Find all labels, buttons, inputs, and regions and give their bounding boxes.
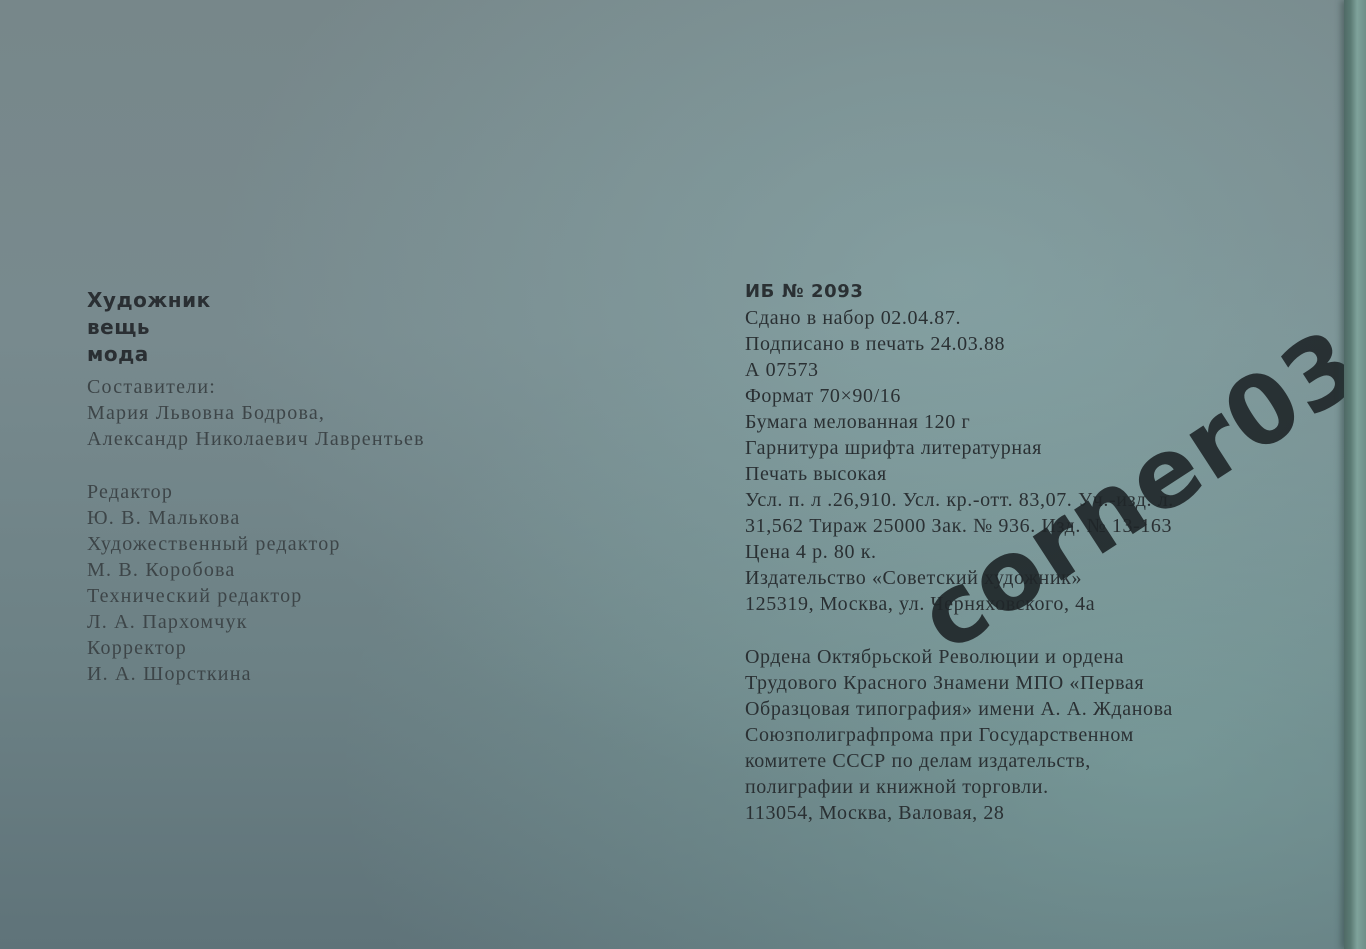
imprint-line: Бумага мелованная 120 г xyxy=(745,409,1345,435)
imprint-column: ИБ № 2093 Сдано в набор 02.04.87. Подпис… xyxy=(745,279,1345,826)
tech-editor-name: Л. А. Пархомчук xyxy=(87,609,527,635)
printer-line: полиграфии и книжной торговли. xyxy=(745,774,1345,800)
imprint-line: Формат 70×90/16 xyxy=(745,383,1345,409)
art-editor-name: М. В. Коробова xyxy=(87,557,527,583)
imprint-line: 125319, Москва, ул. Черняховского, 4а xyxy=(745,591,1345,617)
proofreader-name: И. А. Шорсткина xyxy=(87,661,527,687)
editor-label: Редактор xyxy=(87,479,527,505)
compiler-name: Александр Николаевич Лаврентьев xyxy=(87,426,527,452)
compiler-name: Мария Львовна Бодрова, xyxy=(87,400,527,426)
imprint-line: А 07573 xyxy=(745,357,1345,383)
printer-line: Ордена Октябрьской Революции и ордена xyxy=(745,644,1345,670)
imprint-line: Цена 4 р. 80 к. xyxy=(745,539,1345,565)
imprint-line: 31,562 Тираж 25000 Зак. № 936. Изд. № 13… xyxy=(745,513,1345,539)
editor-name: Ю. В. Малькова xyxy=(87,505,527,531)
art-editor-label: Художественный редактор xyxy=(87,531,527,557)
printer-line: комитете СССР по делам издательств, xyxy=(745,748,1345,774)
imprint-line: Издательство «Советский художник» xyxy=(745,565,1345,591)
book-title: Художник вещь мода xyxy=(87,287,527,368)
proofreader-label: Корректор xyxy=(87,635,527,661)
imprint-line: Гарнитура шрифта литературная xyxy=(745,435,1345,461)
book-page: Художник вещь мода Составители: Мария Ль… xyxy=(0,0,1366,949)
imprint-line: Печать высокая xyxy=(745,461,1345,487)
title-line: мода xyxy=(87,341,527,368)
printer-line: Образцовая типография» имени А. А. Ждано… xyxy=(745,696,1345,722)
book-credits-column: Художник вещь мода Составители: Мария Ль… xyxy=(87,287,527,687)
imprint-details: Сдано в набор 02.04.87. Подписано в печа… xyxy=(745,305,1345,617)
imprint-line: Сдано в набор 02.04.87. xyxy=(745,305,1345,331)
spacer xyxy=(87,452,527,479)
ib-number: ИБ № 2093 xyxy=(745,279,1345,305)
page-edge xyxy=(1344,0,1366,949)
tech-editor-label: Технический редактор xyxy=(87,583,527,609)
imprint-line: Подписано в печать 24.03.88 xyxy=(745,331,1345,357)
compilers-label: Составители: xyxy=(87,374,527,400)
title-line: вещь xyxy=(87,314,527,341)
printer-line: 113054, Москва, Валовая, 28 xyxy=(745,800,1345,826)
title-line: Художник xyxy=(87,287,527,314)
printer-line: Союзполиграфпрома при Государственном xyxy=(745,722,1345,748)
imprint-line: Усл. п. л .26,910. Усл. кр.-отт. 83,07. … xyxy=(745,487,1345,513)
printer-line: Трудового Красного Знамени МПО «Первая xyxy=(745,670,1345,696)
compilers-block: Составители: Мария Львовна Бодрова, Алек… xyxy=(87,374,527,687)
printer-info: Ордена Октябрьской Революции и ордена Тр… xyxy=(745,644,1345,826)
